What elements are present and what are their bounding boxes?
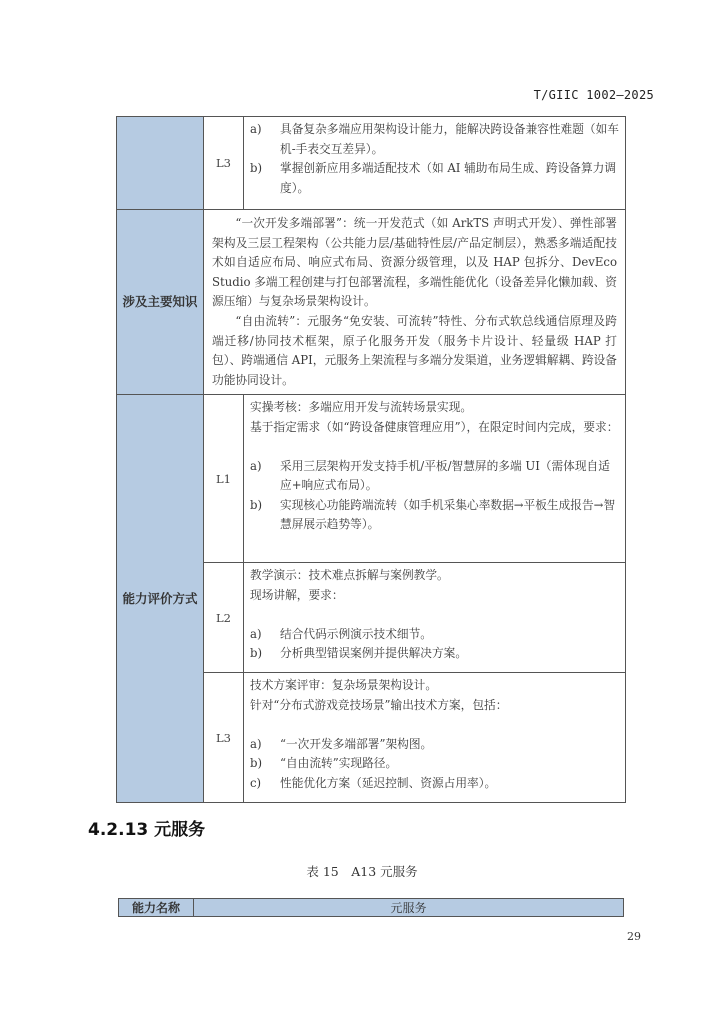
section-heading: 4.2.13 元服务 — [88, 815, 205, 840]
list-item: b)“自由流转”实现路径。 — [250, 754, 619, 774]
capability-name-label: 能力名称 — [119, 899, 194, 917]
content-cell: a)具备复杂多端应用架构设计能力，能解决跨设备兼容性难题（如车机-手表交互差异）… — [244, 117, 626, 210]
intro-line: 基于指定需求（如“跨设备健康管理应用”），在限定时间内完成，要求： — [250, 418, 619, 438]
table-row: 能力名称 元服务 — [119, 899, 624, 917]
table-caption: 表 15 A13 元服务 — [0, 862, 724, 880]
intro-line: 现场讲解，要求： — [250, 586, 619, 606]
table-row-l3-continued: L3 a)具备复杂多端应用架构设计能力，能解决跨设备兼容性难题（如车机-手表交互… — [117, 117, 626, 210]
list-item: a)结合代码示例演示技术细节。 — [250, 625, 619, 645]
content-cell: 教学演示：技术难点拆解与案例教学。 现场讲解，要求： a)结合代码示例演示技术细… — [244, 563, 626, 673]
intro-line: 针对“分布式游戏竞技场景”输出技术方案，包括： — [250, 696, 619, 716]
page-number: 29 — [627, 930, 641, 943]
category-knowledge: 涉及主要知识 — [117, 210, 204, 395]
table-15: 能力名称 元服务 — [118, 898, 624, 917]
knowledge-content: “一次开发多端部署”：统一开发范式（如 ArkTS 声明式开发）、弹性部署架构及… — [204, 210, 626, 395]
content-cell: 实操考核：多端应用开发与流转场景实现。 基于指定需求（如“跨设备健康管理应用”）… — [244, 395, 626, 563]
intro-line: 技术方案评审：复杂场景架构设计。 — [250, 676, 619, 696]
list-item: a)采用三层架构开发支持手机/平板/智慧屏的多端 UI（需体现自适应+响应式布局… — [250, 457, 619, 496]
level-cell: L2 — [204, 563, 244, 673]
capability-name-value: 元服务 — [194, 899, 624, 917]
level-cell: L3 — [204, 673, 244, 803]
category-evaluation: 能力评价方式 — [117, 395, 204, 803]
knowledge-paragraph: “一次开发多端部署”：统一开发范式（如 ArkTS 声明式开发）、弹性部署架构及… — [212, 214, 617, 312]
knowledge-paragraph: “自由流转”：元服务“免安装、可流转”特性、分布式软总线通信原理及跨端迁移/协同… — [212, 312, 617, 390]
list-item: c)性能优化方案（延迟控制、资源占用率）。 — [250, 774, 619, 794]
content-cell: 技术方案评审：复杂场景架构设计。 针对“分布式游戏竞技场景”输出技术方案，包括：… — [244, 673, 626, 803]
level-cell: L3 — [204, 117, 244, 210]
competency-table: L3 a)具备复杂多端应用架构设计能力，能解决跨设备兼容性难题（如车机-手表交互… — [116, 116, 626, 803]
table-row-knowledge: 涉及主要知识 “一次开发多端部署”：统一开发范式（如 ArkTS 声明式开发）、… — [117, 210, 626, 395]
table-row-eval-l1: 能力评价方式 L1 实操考核：多端应用开发与流转场景实现。 基于指定需求（如“跨… — [117, 395, 626, 563]
category-cell-continued — [117, 117, 204, 210]
level-cell: L1 — [204, 395, 244, 563]
intro-line: 教学演示：技术难点拆解与案例教学。 — [250, 566, 619, 586]
list-item: b)实现核心功能跨端流转（如手机采集心率数据→平板生成报告→智慧屏展示趋势等）。 — [250, 496, 619, 535]
standard-code: T/GIIC 1002—2025 — [534, 88, 654, 102]
list-item: b)掌握创新应用多端适配技术（如 AI 辅助布局生成、跨设备算力调度）。 — [250, 159, 619, 198]
list-item: b)分析典型错误案例并提供解决方案。 — [250, 644, 619, 664]
list-item: a)具备复杂多端应用架构设计能力，能解决跨设备兼容性难题（如车机-手表交互差异）… — [250, 120, 619, 159]
intro-line: 实操考核：多端应用开发与流转场景实现。 — [250, 398, 619, 418]
list-item: a)“一次开发多端部署”架构图。 — [250, 735, 619, 755]
